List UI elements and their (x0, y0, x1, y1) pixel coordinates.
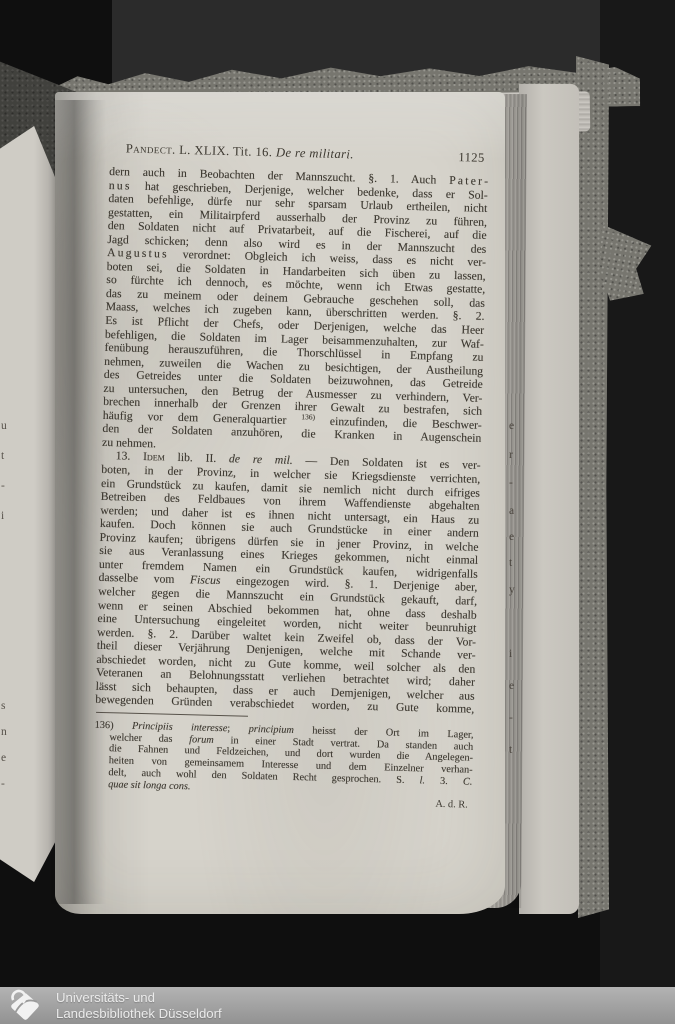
library-watermark-bar: Universitäts- und Landesbibliothek Düsse… (0, 987, 675, 1024)
edge-letter: - (1, 480, 5, 492)
edge-letter: t (1, 450, 4, 462)
edge-letter: - (1, 778, 5, 790)
edge-letter: - (509, 477, 513, 489)
footnote-separator (96, 712, 248, 717)
edge-letter: i (509, 648, 512, 660)
edge-letter: - (509, 712, 513, 724)
edge-letter: i (1, 510, 4, 522)
watermark-text: Universitäts- und Landesbibliothek Düsse… (56, 990, 222, 1021)
edge-letter: u (1, 420, 7, 432)
footnote: 136) Principiis interesse; principium he… (93, 720, 474, 801)
edge-letter: t (509, 557, 512, 569)
edge-letter: a (509, 505, 514, 517)
watermark-line-2: Landesbibliothek Düsseldorf (56, 1006, 222, 1022)
facing-page-sliver (519, 84, 579, 914)
edge-letter: r (509, 449, 513, 461)
edge-letter: e (1, 752, 6, 764)
background-right (600, 0, 675, 990)
edge-letter: e (509, 420, 514, 432)
page-text-block: Pandect. L. XLIX. Tit. 16. De re militar… (93, 141, 489, 810)
edge-letter: e (509, 531, 514, 543)
book-cover-right-edge (576, 56, 609, 918)
edge-letter: y (509, 584, 515, 596)
watermark-line-1: Universitäts- und (56, 990, 222, 1006)
edge-letter: n (1, 726, 7, 738)
edge-letter: s (1, 700, 5, 712)
body-text: dern auch in Beobachten der Mannszucht. … (95, 165, 488, 717)
page-number: 1125 (458, 150, 485, 166)
edge-letter: e (509, 680, 514, 692)
library-logo-icon (6, 989, 44, 1023)
edge-letter: t (509, 744, 512, 756)
book-scan: Pandect. L. XLIX. Tit. 16. De re militar… (0, 0, 675, 1024)
